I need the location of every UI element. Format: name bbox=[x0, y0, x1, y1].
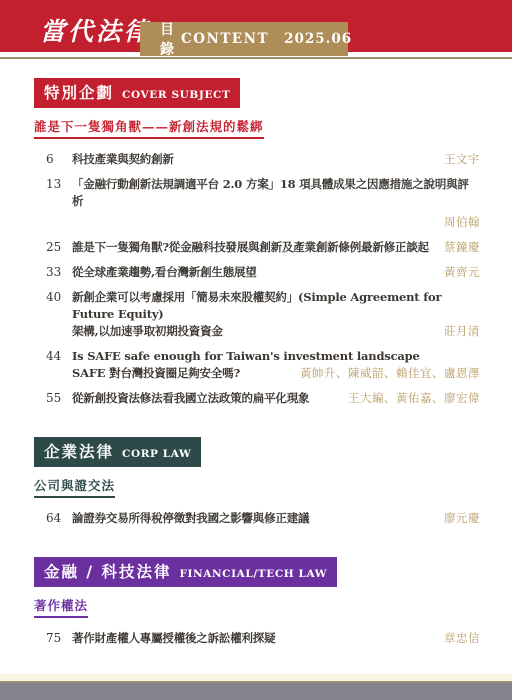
content-banner: 目錄 CONTENT 2025.06 bbox=[140, 22, 348, 56]
issue-number: 2025.06 bbox=[284, 31, 352, 47]
article-row: 25 誰是下一隻獨角獸?從金融科技發展與創新及產業創新條例最新修正談起 蔡鐘慶 bbox=[34, 239, 480, 256]
article-page-number: 55 bbox=[46, 390, 72, 407]
article-row: 13 「金融行動創新法規調適平台 2.0 方案」18 項具體成果之因應措施之說明… bbox=[34, 176, 480, 231]
toc-sections: 特別企劃 COVER SUBJECT 誰是下一隻獨角獸——新創法規的鬆綁 6 科… bbox=[0, 59, 512, 647]
article-page-number: 33 bbox=[46, 264, 72, 281]
article-title-line: 誰是下一隻獨角獸?從金融科技發展與創新及產業創新條例最新修正談起 bbox=[72, 239, 480, 256]
section-badge: 特別企劃 COVER SUBJECT bbox=[34, 78, 240, 108]
article-row: 44 Is SAFE safe enough for Taiwan's inve… bbox=[34, 348, 480, 382]
article-authors: 黃齊元 bbox=[444, 264, 480, 281]
page-bottom-edge bbox=[0, 674, 512, 700]
article-list: 6 科技產業與契約創新 王文宇 13 「金融行動創新法規調適平台 2.0 方案」… bbox=[34, 151, 480, 407]
toc-section: 特別企劃 COVER SUBJECT 誰是下一隻獨角獸——新創法規的鬆綁 6 科… bbox=[34, 78, 480, 407]
article-authors: 王文宇 bbox=[444, 151, 480, 168]
section-badge: 企業法律 CORP LAW bbox=[34, 437, 201, 467]
article-title-line: 「金融行動創新法規調適平台 2.0 方案」18 項具體成果之因應措施之說明與評析 bbox=[72, 176, 480, 210]
article-list: 75 著作財產權人專屬授權後之訴訟權利探疑 章忠信 bbox=[34, 630, 480, 647]
article-title: 著作財產權人專屬授權後之訴訟權利探疑 bbox=[72, 630, 480, 647]
article-authors: 王大編、黃佑嘉、廖宏偉 bbox=[348, 390, 480, 407]
toc-section: 金融 / 科技法律 FINANCIAL/TECH LAW 著作權法 75 著作財… bbox=[34, 557, 480, 647]
article-row: 40 新創企業可以考慮採用「簡易未來股權契約」(Simple Agreement… bbox=[34, 289, 480, 340]
article-row: 33 從全球產業趨勢,看台灣新創生態展望 黃齊元 bbox=[34, 264, 480, 281]
section-badge-zh: 特別企劃 bbox=[44, 81, 114, 103]
article-authors: 章忠信 bbox=[444, 630, 480, 647]
article-title-line: 從全球產業趨勢,看台灣新創生態展望 bbox=[72, 264, 480, 281]
article-title: 從全球產業趨勢,看台灣新創生態展望 bbox=[72, 264, 480, 281]
article-authors: 廖元慶 bbox=[444, 510, 480, 527]
article-title-line: 科技產業與契約創新 bbox=[72, 151, 480, 168]
article-title: 科技產業與契約創新 bbox=[72, 151, 480, 168]
section-subtitle: 誰是下一隻獨角獸——新創法規的鬆綁 bbox=[34, 117, 264, 139]
section-badge-en: COVER SUBJECT bbox=[122, 89, 230, 101]
section-badge-en: FINANCIAL/TECH LAW bbox=[179, 568, 327, 580]
banner-label-en: CONTENT bbox=[181, 31, 269, 47]
article-title-line: 新創企業可以考慮採用「簡易未來股權契約」(Simple Agreement fo… bbox=[72, 289, 480, 323]
article-authors: 周伯翰 bbox=[34, 214, 480, 231]
article-page-number: 75 bbox=[46, 630, 72, 647]
page-edge-cream-strip bbox=[0, 674, 512, 681]
article-title: 「金融行動創新法規調適平台 2.0 方案」18 項具體成果之因應措施之說明與評析 bbox=[72, 176, 480, 210]
article-title-line: Is SAFE safe enough for Taiwan's investm… bbox=[72, 348, 480, 365]
article-authors: 蔡鐘慶 bbox=[444, 239, 480, 256]
article-title: 新創企業可以考慮採用「簡易未來股權契約」(Simple Agreement fo… bbox=[72, 289, 480, 340]
article-title: 誰是下一隻獨角獸?從金融科技發展與創新及產業創新條例最新修正談起 bbox=[72, 239, 480, 256]
article-title-line: 架構,以加速爭取初期投資資金 bbox=[72, 323, 480, 340]
article-title: 論證券交易所得稅停徵對我國之影響與修正建議 bbox=[72, 510, 480, 527]
article-row: 55 從新創投資法修法看我國立法政策的扁平化現象 王大編、黃佑嘉、廖宏偉 bbox=[34, 390, 480, 407]
section-badge: 金融 / 科技法律 FINANCIAL/TECH LAW bbox=[34, 557, 337, 587]
section-badge-zh: 企業法律 bbox=[44, 440, 114, 462]
article-title-line: 著作財產權人專屬授權後之訴訟權利探疑 bbox=[72, 630, 480, 647]
masthead: 當代法律 目錄 CONTENT 2025.06 bbox=[0, 0, 512, 52]
article-row: 75 著作財產權人專屬授權後之訴訟權利探疑 章忠信 bbox=[34, 630, 480, 647]
article-title-line: 論證券交易所得稅停徵對我國之影響與修正建議 bbox=[72, 510, 480, 527]
banner-label-zh: 目錄 bbox=[160, 19, 175, 59]
article-authors: 黃帥升、陳威韶、賴佳宜、盧恩澤 bbox=[300, 365, 480, 382]
section-badge-en: CORP LAW bbox=[122, 448, 191, 460]
section-subtitle: 公司與證交法 bbox=[34, 476, 115, 498]
backdrop-gray-strip bbox=[0, 683, 512, 700]
article-page-number: 40 bbox=[46, 289, 72, 340]
article-page-number: 13 bbox=[46, 176, 72, 210]
article-authors: 莊月清 bbox=[444, 323, 480, 340]
article-page-number: 44 bbox=[46, 348, 72, 382]
article-row: 6 科技產業與契約創新 王文宇 bbox=[34, 151, 480, 168]
section-badge-zh: 金融 / 科技法律 bbox=[44, 560, 171, 582]
article-row: 64 論證券交易所得稅停徵對我國之影響與修正建議 廖元慶 bbox=[34, 510, 480, 527]
article-page-number: 64 bbox=[46, 510, 72, 527]
article-page-number: 25 bbox=[46, 239, 72, 256]
article-page-number: 6 bbox=[46, 151, 72, 168]
section-subtitle: 著作權法 bbox=[34, 596, 88, 618]
article-list: 64 論證券交易所得稅停徵對我國之影響與修正建議 廖元慶 bbox=[34, 510, 480, 527]
magazine-logo: 當代法律 bbox=[40, 12, 152, 48]
toc-section: 企業法律 CORP LAW 公司與證交法 64 論證券交易所得稅停徵對我國之影響… bbox=[34, 437, 480, 527]
